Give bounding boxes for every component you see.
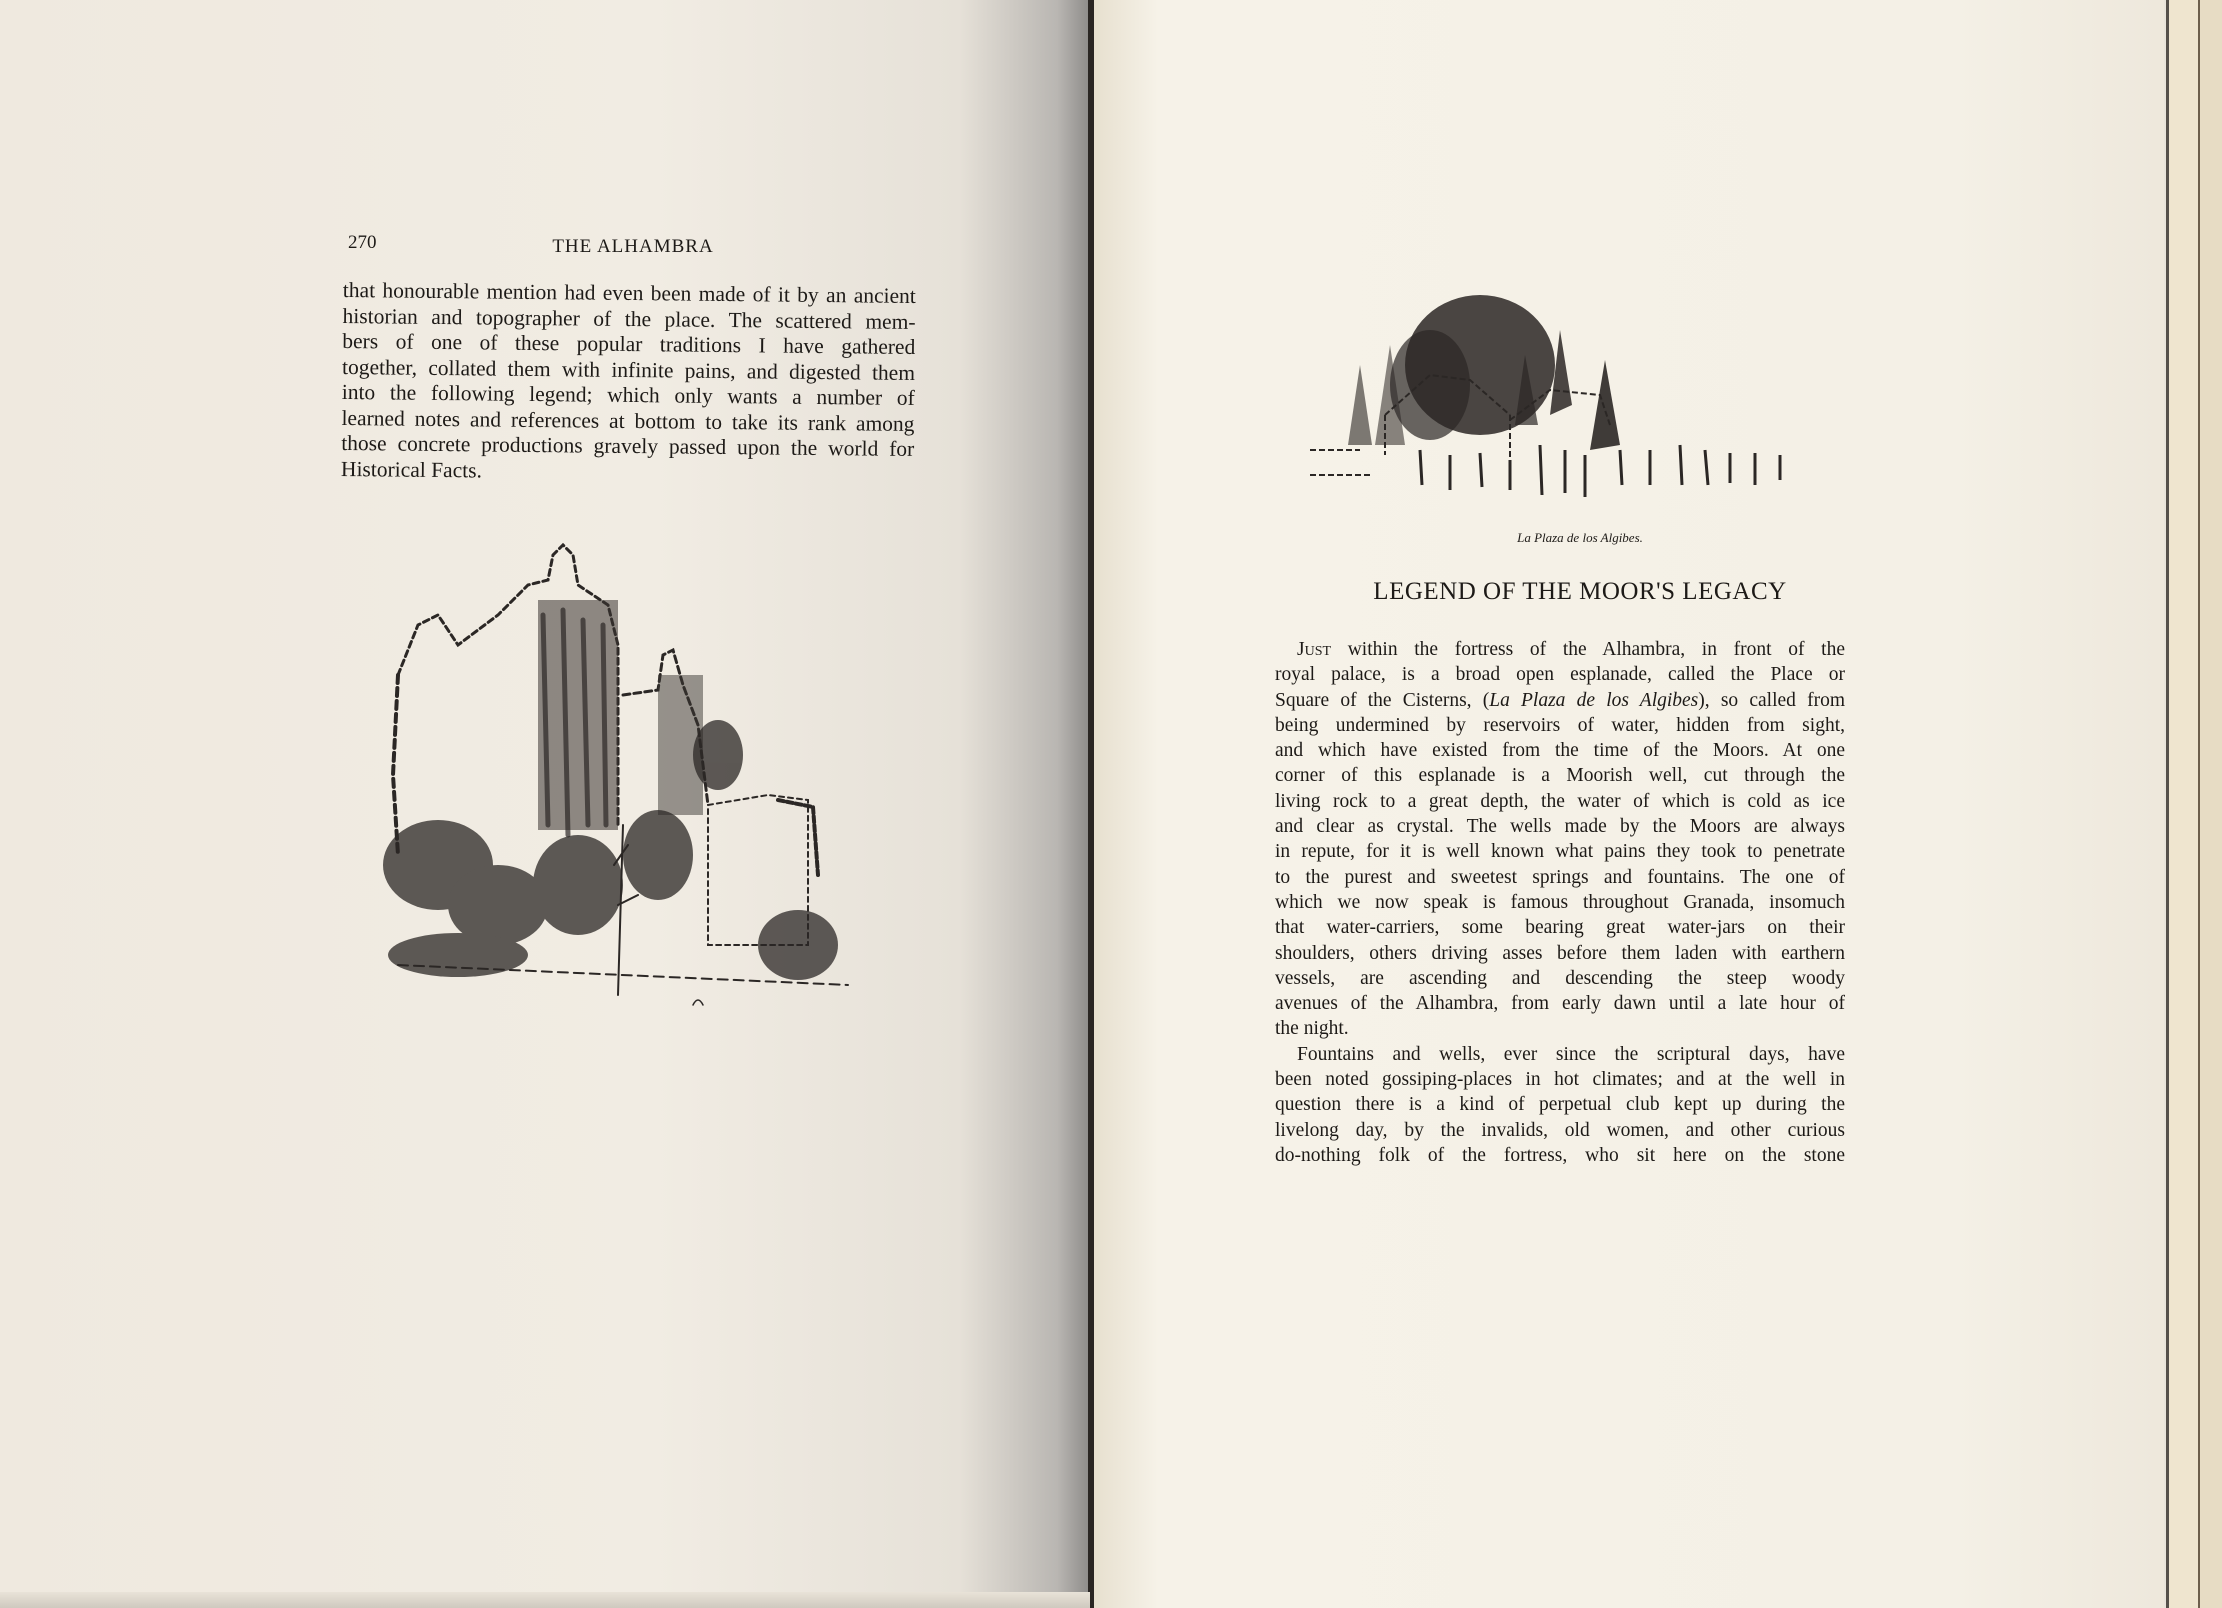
chapter-title: LEGEND OF THE MOOR'S LEGACY <box>1260 578 1900 606</box>
running-head: 270 THE ALHAMBRA <box>348 232 918 262</box>
text-line: been noted gossiping-places in hot clima… <box>1275 1067 1845 1092</box>
text-line: Square of the Cisterns, (La Plaza de los… <box>1275 688 1845 713</box>
right-body-text: Just within the fortress of the Alhambra… <box>1275 637 1845 1168</box>
text-line: being undermined by reservoirs of water,… <box>1275 713 1845 738</box>
text-line: to the purest and sweetest springs and f… <box>1275 865 1845 890</box>
text-line: Just within the fortress of the Alhambra… <box>1275 637 1845 662</box>
italic-place-name: La Plaza de los Algibes <box>1489 690 1698 711</box>
text-line: corner of this esplanade is a Moorish we… <box>1275 763 1845 788</box>
text-line: that water-carriers, some bearing great … <box>1275 915 1845 940</box>
text-fragment: ), so called from <box>1698 690 1845 711</box>
text-line: avenues of the Alhambra, from early dawn… <box>1275 991 1845 1016</box>
book-spread: 270 THE ALHAMBRA that honourable mention… <box>0 0 2222 1608</box>
text-line: in repute, for it is well known what pai… <box>1275 839 1845 864</box>
page-edge-outer <box>2200 0 2222 1608</box>
alhambra-towers-illustration <box>378 525 858 1025</box>
text-line: vessels, are ascending and descending th… <box>1275 966 1845 991</box>
running-title: THE ALHAMBRA <box>348 236 918 258</box>
text-line: living rock to a great depth, the water … <box>1275 789 1845 814</box>
text-line: which we now speak is famous throughout … <box>1275 890 1845 915</box>
text-line: shoulders, others driving asses before t… <box>1275 941 1845 966</box>
text-line: the night. <box>1275 1016 1845 1041</box>
text-fragment: Square of the Cisterns, ( <box>1275 690 1489 711</box>
illustration-caption: La Plaza de los Algibes. <box>1260 530 1900 546</box>
text-line: and clear as crystal. The wells made by … <box>1275 814 1845 839</box>
text-line: question there is a kind of perpetual cl… <box>1275 1092 1845 1117</box>
text-line: royal palace, is a broad open esplanade,… <box>1275 662 1845 687</box>
page-bottom-shadow <box>0 1592 1090 1608</box>
text-fragment: within the fortress of the Alhambra, in … <box>1331 639 1845 660</box>
plaza-de-los-algibes-illustration <box>1310 275 1810 500</box>
text-line: livelong day, by the invalids, old women… <box>1275 1118 1845 1143</box>
dropword: Just <box>1297 639 1331 660</box>
left-body-text: that honourable mention had even been ma… <box>341 278 916 488</box>
text-line: and which have existed from the time of … <box>1275 738 1845 763</box>
text-line: Fountains and wells, ever since the scri… <box>1275 1042 1845 1067</box>
text-line: do-nothing folk of the fortress, who sit… <box>1275 1143 1845 1168</box>
